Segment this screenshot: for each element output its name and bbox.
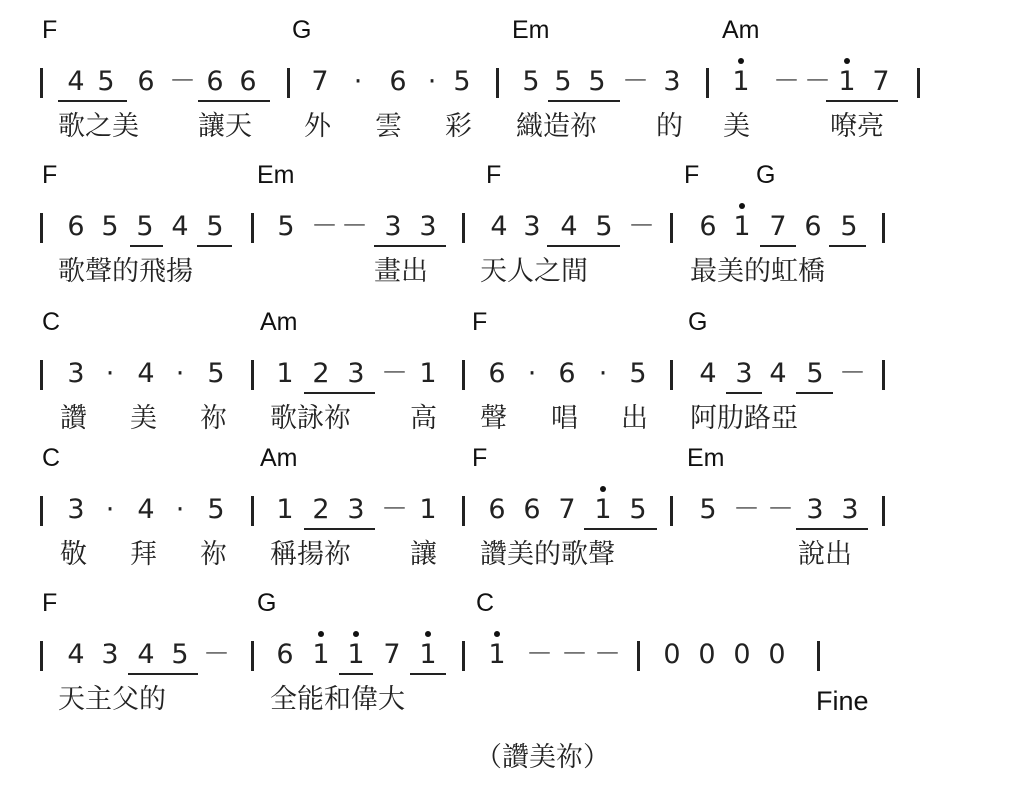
note: 7: [309, 68, 331, 95]
note: 1: [417, 641, 439, 668]
bar-line: [817, 641, 820, 671]
chord-symbol: G: [292, 18, 311, 43]
lyric-text: 歌之美: [58, 113, 139, 140]
high-octave-dot-icon: [318, 631, 324, 637]
note: 5: [697, 496, 719, 523]
note: 1: [310, 641, 332, 668]
note: 4: [558, 213, 580, 240]
note: 5: [95, 68, 117, 95]
lyric-text: 全能和偉大: [270, 686, 405, 713]
note: 5: [451, 68, 473, 95]
note: 4: [697, 360, 719, 387]
eighth-note-underline: [796, 392, 833, 394]
chord-symbol: F: [486, 163, 501, 188]
note: 0: [661, 641, 683, 668]
note: 5: [205, 496, 227, 523]
note: 3: [804, 496, 826, 523]
note: 3: [345, 360, 367, 387]
note: 4: [767, 360, 789, 387]
note: 3: [661, 68, 683, 95]
lyric-text: 祢: [200, 541, 227, 568]
chord-symbol: Em: [257, 163, 295, 188]
bar-line: [637, 641, 640, 671]
note: 5: [552, 68, 574, 95]
chord-symbol: G: [257, 591, 276, 616]
note: 5: [205, 360, 227, 387]
high-octave-dot-icon: [353, 631, 359, 637]
note: 3: [345, 496, 367, 523]
fine-marker: Fine: [816, 688, 869, 715]
bar-line: [251, 641, 254, 671]
sustain-dash: －: [381, 496, 403, 523]
lyric-text: 彩: [445, 113, 472, 140]
sustain-dash: －: [169, 68, 191, 95]
lyric-text: 織造祢: [516, 113, 597, 140]
eighth-note-underline: [410, 673, 446, 675]
lyric-text: 讚: [60, 405, 87, 432]
sustain-dash: －: [526, 641, 548, 668]
bar-line: [40, 641, 43, 671]
note: 0: [731, 641, 753, 668]
note: 7: [381, 641, 403, 668]
note: 1: [274, 360, 296, 387]
note: 3: [417, 213, 439, 240]
lyric-text: 天主父的: [58, 686, 166, 713]
chord-symbol: Am: [722, 18, 760, 43]
chord-symbol: C: [42, 446, 60, 471]
sustain-dash: －: [767, 496, 789, 523]
chord-symbol: F: [472, 310, 487, 335]
eighth-note-underline: [339, 673, 373, 675]
sustain-dash: －: [594, 641, 616, 668]
note: 6: [135, 68, 157, 95]
note: 6: [802, 213, 824, 240]
bar-line: [462, 360, 465, 390]
bar-line: [706, 68, 709, 98]
song-title: （讚美祢）: [475, 744, 610, 771]
lyric-text: 外: [304, 113, 331, 140]
chord-symbol: Em: [512, 18, 550, 43]
sustain-dash: －: [804, 68, 826, 95]
note: 6: [486, 496, 508, 523]
sustain-dash: －: [733, 496, 755, 523]
bar-line: [251, 360, 254, 390]
note: 3: [65, 496, 87, 523]
lyric-text: 嘹亮: [830, 113, 884, 140]
note: 4: [488, 213, 510, 240]
lyric-text: 阿肋路亞: [690, 405, 798, 432]
note: 5: [169, 641, 191, 668]
lyric-text: 最美的虹橋: [690, 258, 825, 285]
note: 4: [65, 68, 87, 95]
note: 4: [65, 641, 87, 668]
eighth-note-underline: [58, 100, 127, 102]
lyric-text: 歌聲的飛揚: [58, 258, 193, 285]
bar-line: [462, 641, 465, 671]
note: 1: [836, 68, 858, 95]
lyric-text: 讚美的歌聲: [480, 541, 615, 568]
eighth-note-underline: [130, 245, 163, 247]
chord-symbol: F: [472, 446, 487, 471]
sustain-dash: －: [839, 360, 861, 387]
eighth-note-underline: [829, 245, 866, 247]
dot-separator: ·: [421, 68, 443, 95]
lyric-text: 祢: [200, 405, 227, 432]
bar-line: [40, 213, 43, 243]
note: 1: [417, 360, 439, 387]
note: 2: [310, 360, 332, 387]
high-octave-dot-icon: [494, 631, 500, 637]
eighth-note-underline: [304, 528, 375, 530]
chord-symbol: F: [42, 18, 57, 43]
chord-symbol: F: [42, 163, 57, 188]
chord-symbol: Am: [260, 310, 298, 335]
note: 5: [804, 360, 826, 387]
dot-separator: ·: [99, 360, 121, 387]
note: 6: [65, 213, 87, 240]
lyric-text: 唱: [551, 405, 578, 432]
chord-symbol: Em: [687, 446, 725, 471]
dot-separator: ·: [521, 360, 543, 387]
chord-symbol: F: [684, 163, 699, 188]
eighth-note-underline: [548, 100, 620, 102]
eighth-note-underline: [584, 528, 657, 530]
note: 3: [99, 641, 121, 668]
bar-line: [670, 213, 673, 243]
chord-symbol: G: [688, 310, 707, 335]
bar-line: [287, 68, 290, 98]
bar-line: [40, 496, 43, 526]
note: 6: [697, 213, 719, 240]
note: 4: [135, 641, 157, 668]
eighth-note-underline: [128, 673, 198, 675]
note: 6: [556, 360, 578, 387]
note: 1: [486, 641, 508, 668]
bar-line: [882, 360, 885, 390]
note: 5: [99, 213, 121, 240]
note: 5: [204, 213, 226, 240]
eighth-note-underline: [547, 245, 620, 247]
note: 3: [733, 360, 755, 387]
note: 5: [520, 68, 542, 95]
note: 1: [274, 496, 296, 523]
note: 5: [627, 360, 649, 387]
bar-line: [40, 68, 43, 98]
note: 3: [839, 496, 861, 523]
note: 2: [310, 496, 332, 523]
chord-symbol: G: [756, 163, 775, 188]
note: 6: [274, 641, 296, 668]
lyric-text: 出: [621, 405, 648, 432]
lyric-text: 天人之間: [480, 258, 588, 285]
eighth-note-underline: [796, 528, 868, 530]
note: 5: [838, 213, 860, 240]
lyric-text: 雲: [375, 113, 402, 140]
note: 6: [237, 68, 259, 95]
lyric-text: 歌詠祢: [270, 405, 351, 432]
bar-line: [670, 496, 673, 526]
sustain-dash: －: [561, 641, 583, 668]
high-octave-dot-icon: [739, 203, 745, 209]
note: 3: [521, 213, 543, 240]
lyric-text: 美: [130, 405, 157, 432]
note: 5: [627, 496, 649, 523]
eighth-note-underline: [374, 245, 446, 247]
sustain-dash: －: [341, 213, 363, 240]
chord-symbol: F: [42, 591, 57, 616]
chord-symbol: Am: [260, 446, 298, 471]
lyric-text: 畫出: [374, 258, 428, 285]
note: 1: [345, 641, 367, 668]
lyric-text: 稱揚祢: [270, 541, 351, 568]
lyric-text: 說出: [798, 541, 852, 568]
lyric-text: 高: [410, 405, 437, 432]
note: 1: [592, 496, 614, 523]
note: 4: [169, 213, 191, 240]
eighth-note-underline: [760, 245, 796, 247]
dot-separator: ·: [347, 68, 369, 95]
lyric-text: 敬: [60, 541, 87, 568]
eighth-note-underline: [726, 392, 762, 394]
bar-line: [882, 496, 885, 526]
bar-line: [882, 213, 885, 243]
sustain-dash: －: [381, 360, 403, 387]
dot-separator: ·: [592, 360, 614, 387]
bar-line: [251, 496, 254, 526]
dot-separator: ·: [99, 496, 121, 523]
note: 5: [134, 213, 156, 240]
bar-line: [496, 68, 499, 98]
lyric-text: 聲: [480, 405, 507, 432]
bar-line: [917, 68, 920, 98]
note: 5: [275, 213, 297, 240]
lyric-text: 讓天: [198, 113, 252, 140]
note: 1: [417, 496, 439, 523]
note: 0: [696, 641, 718, 668]
note: 7: [870, 68, 892, 95]
note: 5: [586, 68, 608, 95]
note: 0: [766, 641, 788, 668]
chord-symbol: C: [476, 591, 494, 616]
note: 4: [135, 360, 157, 387]
note: 3: [382, 213, 404, 240]
eighth-note-underline: [197, 245, 232, 247]
high-octave-dot-icon: [844, 58, 850, 64]
note: 6: [486, 360, 508, 387]
note: 4: [135, 496, 157, 523]
lyric-text: 的: [656, 113, 683, 140]
bar-line: [40, 360, 43, 390]
eighth-note-underline: [198, 100, 270, 102]
note: 7: [767, 213, 789, 240]
high-octave-dot-icon: [738, 58, 744, 64]
dot-separator: ·: [169, 360, 191, 387]
lyric-text: 拜: [130, 541, 157, 568]
note: 5: [593, 213, 615, 240]
eighth-note-underline: [826, 100, 898, 102]
note: 7: [556, 496, 578, 523]
note: 1: [731, 213, 753, 240]
note: 6: [521, 496, 543, 523]
bar-line: [251, 213, 254, 243]
bar-line: [462, 213, 465, 243]
chord-symbol: C: [42, 310, 60, 335]
sustain-dash: －: [773, 68, 795, 95]
note: 6: [204, 68, 226, 95]
note: 6: [387, 68, 409, 95]
sustain-dash: －: [622, 68, 644, 95]
lyric-text: 美: [723, 113, 750, 140]
lyric-text: 讓: [410, 541, 437, 568]
note: 3: [65, 360, 87, 387]
high-octave-dot-icon: [600, 486, 606, 492]
dot-separator: ·: [169, 496, 191, 523]
high-octave-dot-icon: [425, 631, 431, 637]
note: 1: [730, 68, 752, 95]
bar-line: [462, 496, 465, 526]
sustain-dash: －: [203, 641, 225, 668]
sustain-dash: －: [311, 213, 333, 240]
bar-line: [670, 360, 673, 390]
eighth-note-underline: [304, 392, 375, 394]
sustain-dash: －: [628, 213, 650, 240]
